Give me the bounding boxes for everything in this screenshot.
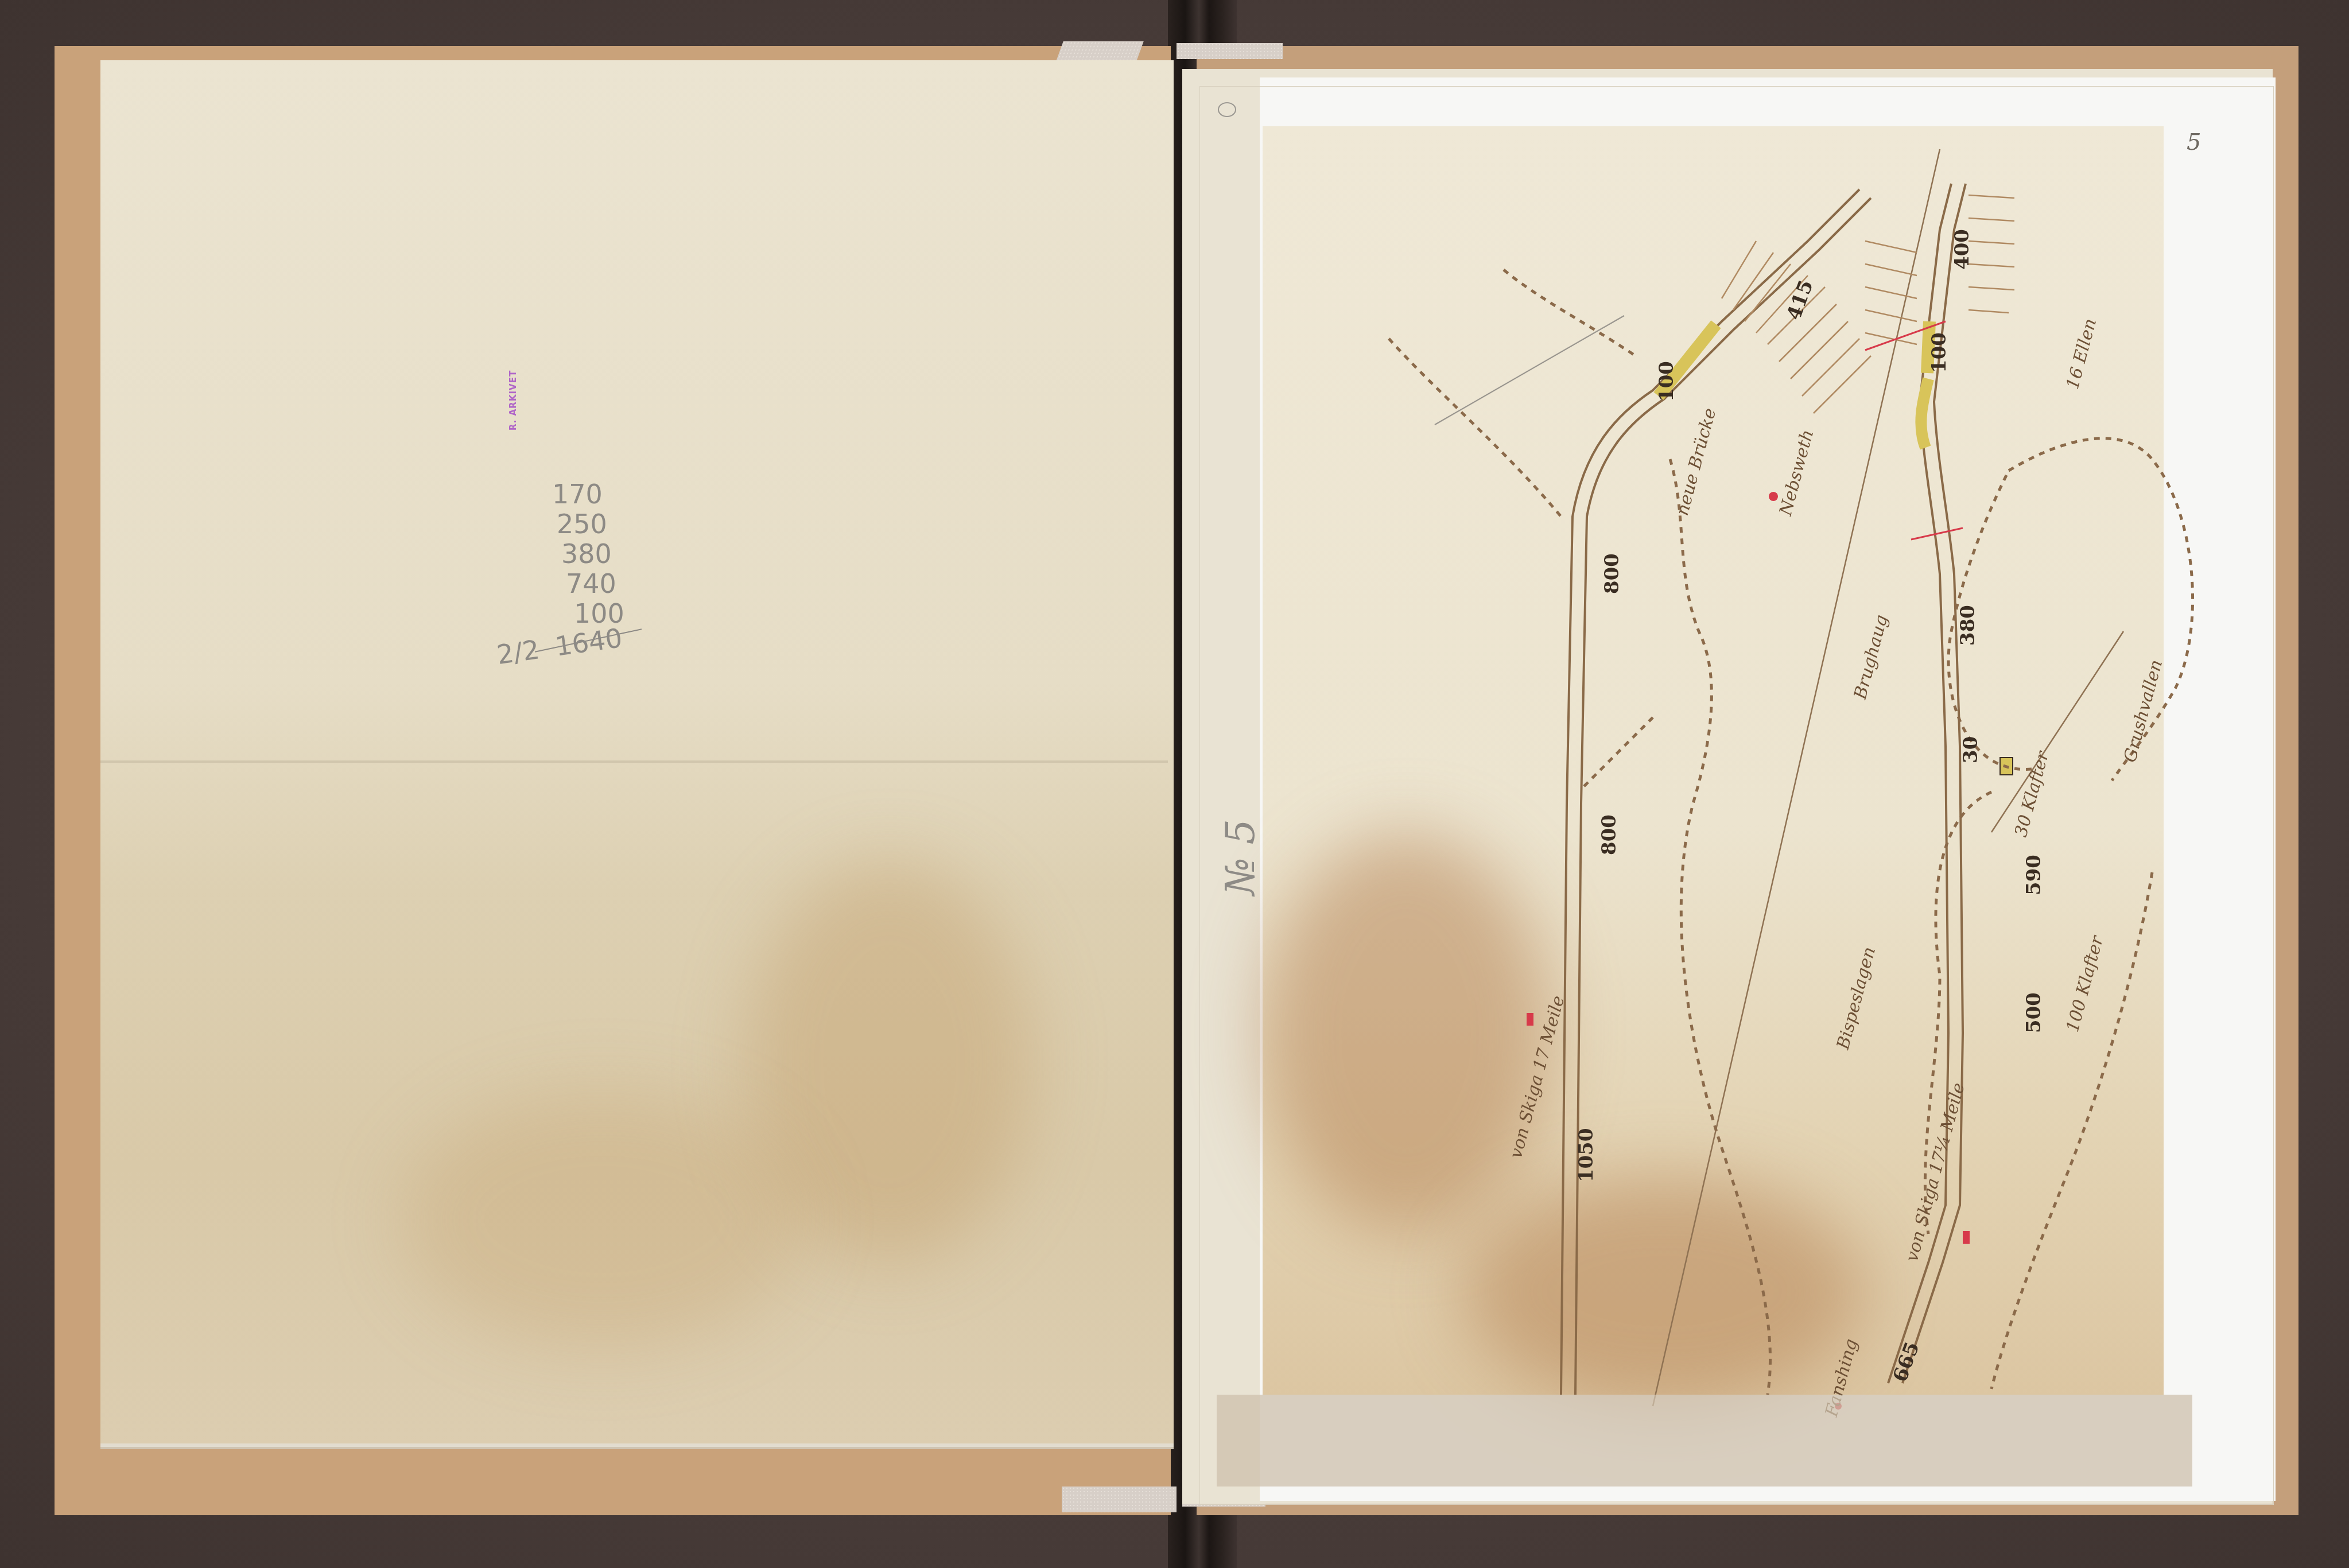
red-milestone-marker [1527, 1013, 1533, 1026]
place-label: Nebsweth [1776, 428, 1818, 518]
boundary-line-2 [1991, 631, 2123, 832]
red-survey-line [1911, 528, 1963, 540]
boundary-line-1 [1653, 149, 1940, 1406]
red-location-dot [1769, 492, 1778, 501]
field-boundary [2009, 438, 2193, 781]
route-note: 100 Klafter [2063, 933, 2108, 1034]
distance-label: 400 [1951, 229, 1974, 270]
field-boundary [1991, 872, 2152, 1389]
distance-label: 100 [1655, 361, 1678, 402]
survey-map-drawing: 800 800 1050 100 400 100 380 30 590 500 … [0, 0, 2349, 1568]
field-boundary [1389, 339, 1561, 517]
track-dashed [1584, 717, 1653, 786]
distance-label: 30 [1959, 736, 1982, 763]
distance-label: 590 [2022, 855, 2045, 895]
bridge-section-right-lower [1921, 379, 1928, 448]
road-left-edge-a [1561, 189, 1859, 1395]
route-note: neue Brücke [1672, 406, 1721, 518]
pencil-arrow-line [1435, 316, 1624, 425]
distance-label: 800 [1601, 553, 1624, 594]
tissue-repair-strip [1217, 1395, 2192, 1487]
distance-label: 665 [1889, 1339, 1924, 1385]
distance-label: 800 [1598, 814, 1621, 855]
distance-label: 1050 [1575, 1128, 1598, 1182]
place-label: Bispeslagen [1833, 945, 1880, 1052]
red-milestone-marker [1963, 1231, 1970, 1244]
route-note: 16 Ellen [2063, 316, 2100, 391]
slope-hatching-left [1722, 241, 1871, 413]
road-left-edge-b [1575, 198, 1871, 1395]
distance-label: 380 [1956, 605, 1979, 646]
field-boundary [1670, 459, 1771, 1395]
distance-label: 500 [2022, 992, 2045, 1033]
field-boundary [1504, 270, 1636, 356]
distance-label: 100 [1928, 332, 1951, 373]
route-note: von Skiga 17 Meile [1506, 993, 1568, 1161]
place-label: Brughaug [1850, 612, 1892, 702]
place-label: Grushvallen [2120, 658, 2166, 764]
slope-hatching-right [1865, 195, 2014, 344]
